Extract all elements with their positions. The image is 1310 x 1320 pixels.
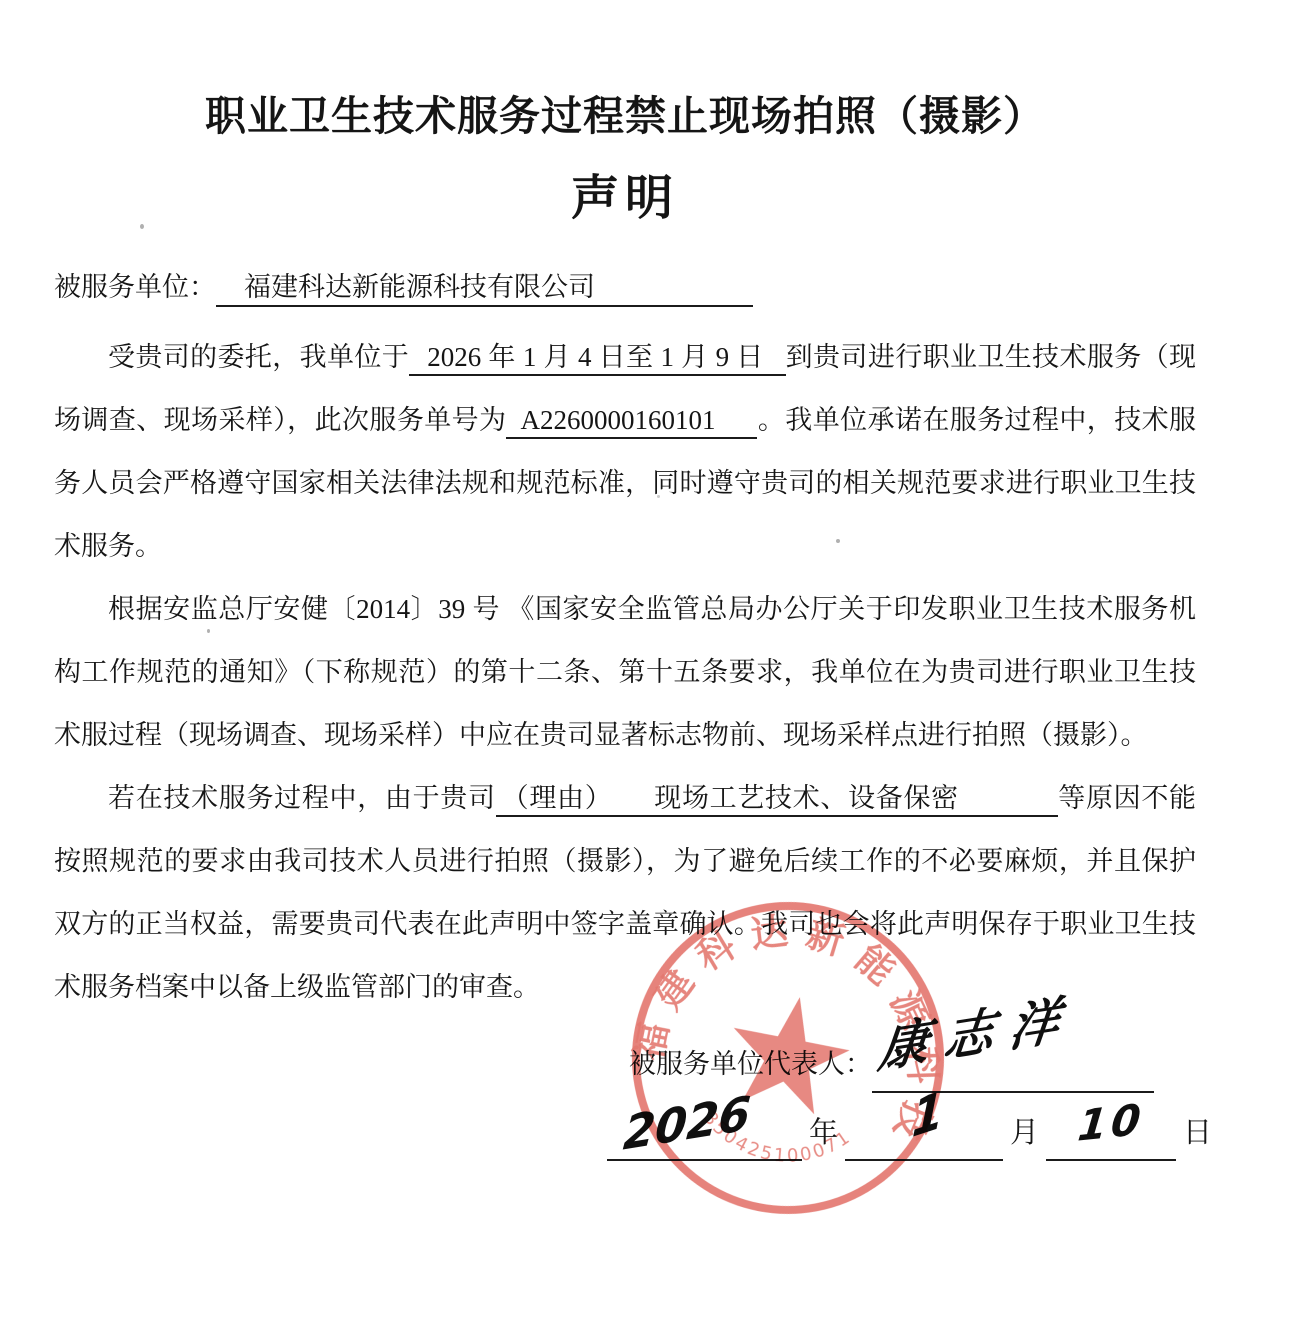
p1-lead-text: 受贵司的委托，我单位于 — [108, 342, 409, 372]
paragraph-regulation: 根据安监总厅安健〔2014〕39 号 《国家安全监管总局办公厅关于印发职业卫生技… — [54, 578, 1196, 767]
date-day-line: 10 — [1046, 1103, 1176, 1161]
date-month-line: 1 — [845, 1103, 1003, 1161]
service-order-fill: A2260000160101 — [506, 405, 757, 439]
signature-row: 被服务单位代表人：康志洋 — [629, 1033, 1196, 1093]
document-subtitle: 声明 — [54, 171, 1196, 226]
date-month-handwriting: 1 — [911, 1080, 945, 1150]
signature-label: 被服务单位代表人： — [629, 1049, 872, 1079]
service-date-fill: 2026 年 1 月 4 日至 1 月 9 日 — [409, 342, 785, 376]
recipient-value-fill: 福建科达新能源科技有限公司 — [216, 272, 753, 307]
scan-speck — [836, 539, 840, 543]
date-month-unit: 月 — [1010, 1105, 1039, 1161]
recipient-label: 被服务单位： — [54, 272, 216, 302]
date-year-unit: 年 — [809, 1105, 838, 1161]
reason-fill: （理由） 现场工艺技术、设备保密 — [496, 783, 1059, 817]
paragraph-reason: 若在技术服务过程中，由于贵司（理由） 现场工艺技术、设备保密 等原因不能按照规范… — [54, 767, 1196, 1019]
document-title: 职业卫生技术服务过程禁止现场拍照（摄影） — [54, 92, 1196, 141]
date-day-handwriting: 10 — [1075, 1091, 1147, 1155]
scan-speck — [140, 224, 144, 229]
date-day-unit: 日 — [1183, 1105, 1212, 1161]
date-row: 2026年1月10日 — [607, 1103, 1196, 1161]
scan-speck — [207, 629, 210, 633]
date-year-handwriting: 2026 — [621, 1085, 752, 1163]
document-page: 职业卫生技术服务过程禁止现场拍照（摄影） 声明 被服务单位：福建科达新能源科技有… — [0, 0, 1310, 1320]
signature-line: 康志洋 — [872, 1033, 1154, 1093]
p3-lead-text: 若在技术服务过程中，由于贵司 — [108, 783, 496, 813]
scan-speck — [657, 495, 660, 498]
recipient-row: 被服务单位：福建科达新能源科技有限公司 — [54, 264, 1196, 310]
document-content: 职业卫生技术服务过程禁止现场拍照（摄影） 声明 被服务单位：福建科达新能源科技有… — [54, 0, 1196, 1161]
date-year-line: 2026 — [607, 1103, 802, 1161]
paragraph-commission: 受贵司的委托，我单位于2026 年 1 月 4 日至 1 月 9 日到贵司进行职… — [54, 326, 1196, 578]
